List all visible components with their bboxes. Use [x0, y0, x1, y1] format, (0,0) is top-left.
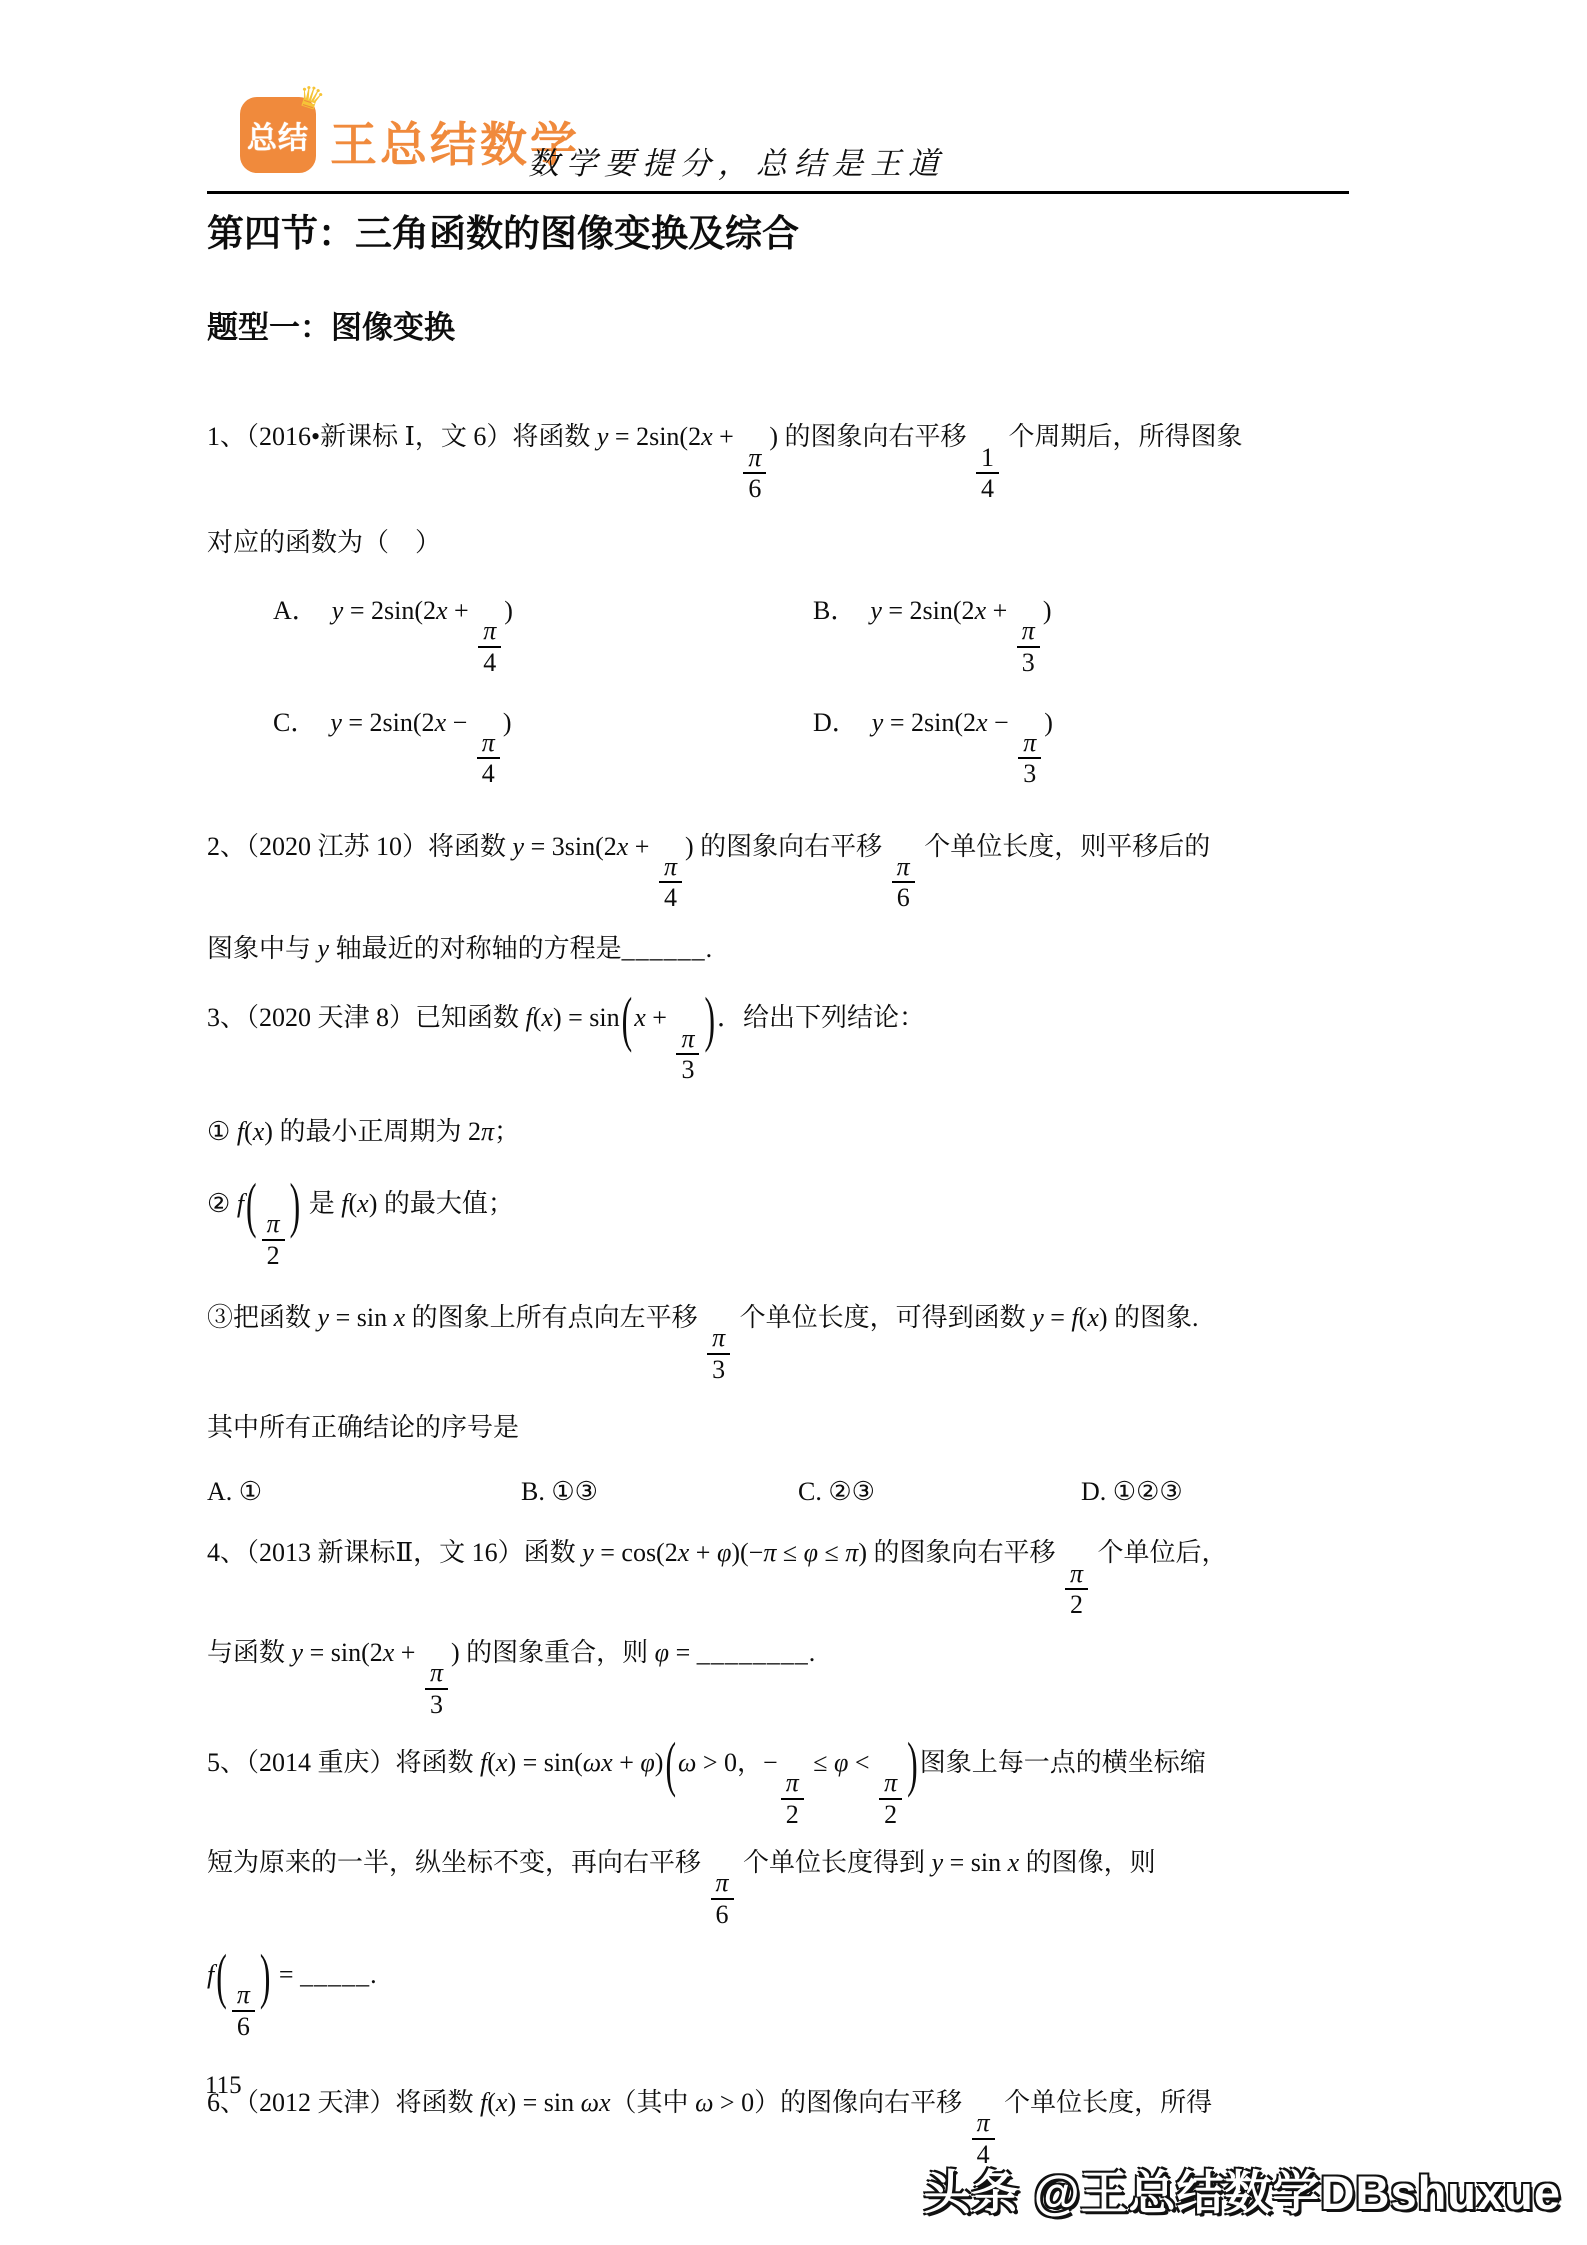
fraction-numerator: π — [743, 444, 766, 472]
text-run: 对应的函数为（ ） — [207, 528, 441, 557]
math-roman: ≤ — [818, 1538, 845, 1567]
text-run: 个单位长度，则平移后的 — [918, 832, 1211, 861]
problem-3-item-2: ② f(π2) 是 f(x) 的最大值； — [207, 1183, 1467, 1269]
choice-b-label: B． — [813, 596, 856, 625]
fraction-numerator: 1 — [976, 444, 999, 472]
math-roman: = — [1044, 1303, 1072, 1332]
fraction: π6 — [892, 853, 915, 912]
fraction-denominator: 2 — [781, 1798, 804, 1828]
choice-c: C. ②③ — [798, 1473, 1081, 1511]
fraction: π3 — [1018, 729, 1041, 788]
fraction-numerator: π — [676, 1025, 699, 1053]
math-var: φ — [640, 1748, 654, 1777]
choice-a-label: A. — [207, 1477, 239, 1506]
math-var: f — [207, 1960, 214, 1989]
text-run: 的图像，则 — [1019, 1848, 1156, 1877]
problem-4-line-2: 与函数 y = sin(2x + π3) 的图象重合，则 φ = _______… — [207, 1634, 1467, 1718]
fraction-numerator: π — [972, 2109, 995, 2137]
math-roman: ) = sin — [507, 2088, 580, 2117]
choice-a-value: ① — [239, 1477, 262, 1506]
fraction-numerator: π — [711, 1869, 734, 1897]
section-heading: 题型一：图像变换 — [207, 308, 1467, 348]
math-roman: = 2sin(2 — [608, 422, 701, 451]
math-roman: + — [689, 1538, 717, 1567]
fraction-denominator: 4 — [659, 881, 682, 911]
text-run: 个单位长度，可得到函数 — [733, 1303, 1032, 1332]
math-var: x — [383, 1638, 395, 1667]
choice-b-label: B. — [521, 1477, 551, 1506]
math-var: y — [292, 1638, 304, 1667]
text-run: 的图象向右平移 — [867, 1538, 1062, 1567]
big-paren: ( — [244, 1161, 259, 1251]
math-roman: ) — [504, 596, 513, 625]
choice-a: A. ① — [207, 1473, 521, 1511]
math-roman: = 3sin(2 — [524, 832, 617, 861]
big-paren: ) — [258, 1932, 273, 2022]
page-number: 115 — [205, 2072, 242, 2100]
problem-5-line-2: 短为原来的一半，纵坐标不变，再向右平移 π6 个单位长度得到 y = sin x… — [207, 1844, 1467, 1928]
math-roman: + — [448, 596, 476, 625]
math-roman: = cos(2 — [594, 1538, 678, 1567]
math-var: y — [870, 596, 882, 625]
problem-2-line-2: 图象中与 y 轴最近的对称轴的方程是______. — [207, 930, 1467, 968]
text-run: 其中所有正确结论的序号是 — [207, 1413, 519, 1442]
fraction: π2 — [1065, 1560, 1088, 1619]
problem-2: 2、（2020 江苏 10）将函数 y = 3sin(2x + π4) 的图象向… — [207, 828, 1467, 968]
fraction-numerator: π — [478, 617, 501, 645]
choice-d-label: D． — [813, 708, 858, 737]
math-var: y — [932, 1848, 944, 1877]
choice-a-label: A． — [273, 596, 318, 625]
math-var: y — [582, 1538, 594, 1567]
math-roman: − — [988, 708, 1016, 737]
math-var: ω — [695, 2088, 713, 2117]
fraction: π2 — [879, 1769, 902, 1828]
math-roman: ( — [244, 1117, 253, 1146]
answer-blank: _____ — [300, 1960, 370, 1989]
text-run: 的最大值； — [377, 1189, 514, 1218]
choice-a: A．y = 2sin(2x + π4) — [273, 592, 813, 676]
text-run: 是 — [302, 1189, 341, 1218]
fraction: π6 — [711, 1869, 734, 1928]
math-roman: )(− — [731, 1538, 763, 1567]
math-var: φ — [655, 1638, 669, 1667]
fraction-denominator: 4 — [477, 757, 500, 787]
math-var: x — [701, 422, 713, 451]
fraction: π2 — [781, 1769, 804, 1828]
math-var: f — [237, 1189, 244, 1218]
math-var: x — [436, 596, 448, 625]
math-roman: ) = sin( — [507, 1748, 582, 1777]
fraction: 14 — [976, 444, 999, 503]
math-roman: + — [628, 832, 656, 861]
text-run: 的图象向右平移 — [694, 832, 889, 861]
math-var: y — [1032, 1303, 1044, 1332]
math-var: x — [976, 708, 988, 737]
text-run: 的图象上所有点向左平移 — [405, 1303, 704, 1332]
fraction-numerator: π — [477, 729, 500, 757]
text-run: ； — [494, 1117, 520, 1146]
watermark: 头条 @王总结数学DBshuxue — [924, 2156, 1561, 2223]
fraction-denominator: 6 — [743, 472, 766, 502]
fraction-numerator: π — [232, 1981, 255, 2009]
big-paren: ) — [288, 1161, 303, 1251]
fraction-numerator: π — [425, 1659, 448, 1687]
math-var: y — [513, 832, 525, 861]
math-roman: ) — [655, 1748, 664, 1777]
text-run: 5、（2014 重庆）将函数 — [207, 1748, 480, 1777]
math-roman: = sin(2 — [303, 1638, 383, 1667]
math-var: ωx — [583, 1748, 613, 1777]
choice-b-value: ①③ — [551, 1477, 598, 1506]
math-var: π — [481, 1117, 494, 1146]
fraction-denominator: 3 — [1017, 646, 1040, 676]
math-var: x — [678, 1538, 690, 1567]
math-var: y — [318, 1303, 330, 1332]
math-var: f — [526, 1003, 533, 1032]
math-var: f — [1071, 1303, 1078, 1332]
text-run: 个周期后，所得图象 — [1002, 422, 1243, 451]
text-run: 4、（2013 新课标Ⅱ，文 16）函数 — [207, 1538, 582, 1567]
math-roman: ≤ — [807, 1748, 834, 1777]
math-var: φ — [834, 1748, 848, 1777]
math-roman: = 2sin(2 — [882, 596, 975, 625]
math-roman: + — [713, 422, 741, 451]
text-run: ）的图像向右平移 — [754, 2088, 969, 2117]
choice-d-formula: y = 2sin(2x − π3) — [872, 708, 1053, 737]
text-run: 1、（2016•新课标 Ⅰ，文 6）将函数 — [207, 422, 597, 451]
math-roman: ) — [769, 422, 778, 451]
math-roman: . — [370, 1960, 377, 1989]
choice-c: C．y = 2sin(2x − π4) — [273, 704, 813, 788]
problem-1-line-2: 对应的函数为（ ） — [207, 524, 1467, 562]
math-var: y — [597, 422, 609, 451]
fraction-denominator: 3 — [707, 1353, 730, 1383]
text-run: 6、（2012 天津）将函数 — [207, 2088, 480, 2117]
math-roman: ( — [487, 1748, 496, 1777]
chapter-title: 第四节：三角函数的图像变换及综合 — [207, 210, 1467, 258]
text-run: 的图象向右平移 — [778, 422, 973, 451]
math-roman: . — [706, 934, 713, 963]
problem-5-line-1: 5、（2014 重庆）将函数 f(x) = sin(ωx + φ)(ω > 0，… — [207, 1742, 1467, 1828]
problem-1-choices: A．y = 2sin(2x + π4) B．y = 2sin(2x + π3) … — [207, 592, 1467, 788]
fraction-denominator: 6 — [232, 2010, 255, 2040]
fraction-numerator: π — [659, 853, 682, 881]
fraction-numerator: π — [892, 853, 915, 881]
fraction: π3 — [707, 1324, 730, 1383]
math-roman: ) — [451, 1638, 460, 1667]
fraction: π3 — [1017, 617, 1040, 676]
fraction-denominator: 4 — [976, 472, 999, 502]
choice-c-formula: y = 2sin(2x − π4) — [330, 708, 511, 737]
math-var: φ — [804, 1538, 818, 1567]
math-roman: . — [809, 1638, 816, 1667]
fraction-denominator: 3 — [676, 1053, 699, 1083]
fraction: π4 — [477, 729, 500, 788]
math-var: x — [617, 832, 629, 861]
fraction: π6 — [232, 1981, 255, 2040]
problem-3-line-1: 3、（2020 天津 8）已知函数 f(x) = sin(x + π3)．给出下… — [207, 997, 1467, 1083]
fraction: π4 — [478, 617, 501, 676]
math-roman: ) — [1099, 1303, 1108, 1332]
text-run: 短为原来的一半，纵坐标不变，再向右平移 — [207, 1848, 708, 1877]
math-roman: = — [669, 1638, 697, 1667]
math-var: y — [330, 708, 342, 737]
fraction-denominator: 2 — [262, 1239, 285, 1269]
big-paren: ( — [663, 1720, 678, 1810]
problem-1: 1、（2016•新课标 Ⅰ，文 6）将函数 y = 2sin(2x + π6) … — [207, 418, 1467, 787]
problem-4-line-1: 4、（2013 新课标Ⅱ，文 16）函数 y = cos(2x + φ)(−π … — [207, 1534, 1467, 1618]
fraction-denominator: 2 — [1065, 1588, 1088, 1618]
choice-c-value: ②③ — [828, 1477, 875, 1506]
choice-d-label: D. — [1081, 1477, 1113, 1506]
math-roman: + — [613, 1748, 641, 1777]
math-roman: ( — [1079, 1303, 1088, 1332]
fraction: π3 — [676, 1025, 699, 1084]
math-roman: ) = sin — [553, 1003, 620, 1032]
math-roman: < — [848, 1748, 876, 1777]
fraction-numerator: π — [1018, 729, 1041, 757]
text-run: （其中 — [611, 2088, 696, 2117]
problem-3-question: 其中所有正确结论的序号是 — [207, 1409, 1467, 1447]
math-var: x — [435, 708, 447, 737]
math-roman: = sin — [329, 1303, 394, 1332]
math-roman: ) — [685, 832, 694, 861]
text-run: 与函数 — [207, 1638, 292, 1667]
big-paren: ( — [620, 975, 635, 1065]
math-roman: > 0，− — [696, 1748, 777, 1777]
math-roman: ( — [487, 2088, 496, 2117]
problem-3-choices: A. ① B. ①③ C. ②③ D. ①②③ — [207, 1473, 1467, 1511]
text-run: 的图象. — [1108, 1303, 1199, 1332]
text-run: 的最小正周期为 2 — [273, 1117, 481, 1146]
text-run: 3、（2020 天津 8）已知函数 — [207, 1003, 526, 1032]
fraction-denominator: 4 — [478, 646, 501, 676]
math-roman: ) — [1043, 596, 1052, 625]
math-roman: ) — [264, 1117, 273, 1146]
math-roman: = 2sin(2 — [342, 708, 435, 737]
text-run: 的图象重合，则 — [460, 1638, 655, 1667]
math-roman: ) — [858, 1538, 867, 1567]
text-run: ③把函数 — [207, 1303, 318, 1332]
fraction-numerator: π — [781, 1769, 804, 1797]
fraction-denominator: 2 — [879, 1798, 902, 1828]
math-var: y — [332, 596, 344, 625]
math-var: x — [634, 1003, 646, 1032]
big-paren: ( — [214, 1932, 229, 2022]
big-paren: ) — [702, 975, 717, 1065]
text-run: 图象中与 — [207, 934, 318, 963]
math-var: x — [357, 1189, 369, 1218]
math-roman: = 2sin(2 — [343, 596, 436, 625]
choice-b: B．y = 2sin(2x + π3) — [813, 592, 1467, 676]
math-var: y — [318, 934, 330, 963]
math-var: x — [541, 1003, 553, 1032]
fraction-numerator: π — [1065, 1560, 1088, 1588]
math-var: π — [845, 1538, 858, 1567]
problem-1-line-1: 1、（2016•新课标 Ⅰ，文 6）将函数 y = 2sin(2x + π6) … — [207, 418, 1467, 502]
choice-d-value: ①②③ — [1113, 1477, 1183, 1506]
problem-3-item-1: ① f(x) 的最小正周期为 2π； — [207, 1113, 1467, 1151]
fraction: π6 — [743, 444, 766, 503]
math-var: x — [1008, 1848, 1020, 1877]
text-run: ．给出下列结论： — [717, 1003, 925, 1032]
math-var: x — [253, 1117, 265, 1146]
math-roman: + — [986, 596, 1014, 625]
problem-2-line-1: 2、（2020 江苏 10）将函数 y = 3sin(2x + π4) 的图象向… — [207, 828, 1467, 912]
fraction-numerator: π — [1017, 617, 1040, 645]
fraction-denominator: 3 — [425, 1688, 448, 1718]
text-run: 个单位长度，所得 — [998, 2088, 1213, 2117]
fraction-numerator: π — [262, 1210, 285, 1238]
text-run: ① — [207, 1117, 237, 1146]
math-var: x — [394, 1303, 406, 1332]
math-roman: − — [446, 708, 474, 737]
math-roman: + — [646, 1003, 674, 1032]
text-run: 个单位长度得到 — [737, 1848, 932, 1877]
worksheet-page: ♛ 总结 王总结数学 数学要提分，总结是王道 第四节：三角函数的图像变换及综合 … — [0, 0, 1587, 2245]
math-roman: ( — [348, 1189, 357, 1218]
problem-4: 4、（2013 新课标Ⅱ，文 16）函数 y = cos(2x + φ)(−π … — [207, 1534, 1467, 1718]
fraction: π4 — [659, 853, 682, 912]
choice-a-formula: y = 2sin(2x + π4) — [332, 596, 513, 625]
fraction-denominator: 3 — [1018, 757, 1041, 787]
text-run: 图象上每一点的横坐标缩 — [920, 1748, 1206, 1777]
fraction-numerator: π — [879, 1769, 902, 1797]
choice-b: B. ①③ — [521, 1473, 798, 1511]
math-var: x — [1087, 1303, 1099, 1332]
math-roman: > 0 — [713, 2088, 754, 2117]
problem-5: 5、（2014 重庆）将函数 f(x) = sin(ωx + φ)(ω > 0，… — [207, 1742, 1467, 2040]
math-var: x — [496, 1748, 508, 1777]
math-var: x — [975, 596, 987, 625]
choice-c-label: C. — [798, 1477, 828, 1506]
fraction: π3 — [425, 1659, 448, 1718]
problem-3: 3、（2020 天津 8）已知函数 f(x) = sin(x + π3)．给出下… — [207, 997, 1467, 1510]
text-run: ② — [207, 1189, 237, 1218]
choice-c-label: C． — [273, 708, 316, 737]
answer-blank: ______ — [622, 934, 706, 963]
fraction-denominator: 6 — [892, 881, 915, 911]
math-roman: ) — [503, 708, 512, 737]
document-body: 第四节：三角函数的图像变换及综合 题型一：图像变换 1、（2016•新课标 Ⅰ，… — [0, 0, 1587, 2168]
math-roman: ) — [1044, 708, 1053, 737]
fraction: π2 — [262, 1210, 285, 1269]
math-var: ω — [678, 1748, 696, 1777]
math-var: f — [237, 1117, 244, 1146]
problem-3-item-3: ③把函数 y = sin x 的图象上所有点向左平移 π3 个单位长度，可得到函… — [207, 1299, 1467, 1383]
math-roman: + — [394, 1638, 422, 1667]
text-run: 2、（2020 江苏 10）将函数 — [207, 832, 513, 861]
math-var: x — [496, 2088, 508, 2117]
math-roman: = sin — [943, 1848, 1008, 1877]
math-roman: = 2sin(2 — [883, 708, 976, 737]
math-var: y — [872, 708, 884, 737]
math-var: π — [763, 1538, 776, 1567]
fraction-numerator: π — [707, 1324, 730, 1352]
math-var: ωx — [581, 2088, 611, 2117]
fraction-denominator: 6 — [711, 1898, 734, 1928]
choice-d: D. ①②③ — [1081, 1473, 1183, 1511]
choice-d: D．y = 2sin(2x − π3) — [813, 704, 1467, 788]
choice-b-formula: y = 2sin(2x + π3) — [870, 596, 1051, 625]
answer-blank: ________ — [697, 1638, 809, 1667]
math-var: φ — [717, 1538, 731, 1567]
text-run: 轴最近的对称轴的方程是 — [329, 934, 622, 963]
math-roman: = — [272, 1960, 300, 1989]
text-run: 个单位后， — [1091, 1538, 1228, 1567]
math-roman: ≤ — [776, 1538, 803, 1567]
problem-5-line-3: f(π6) = _____. — [207, 1954, 1467, 2040]
big-paren: ) — [905, 1720, 920, 1810]
